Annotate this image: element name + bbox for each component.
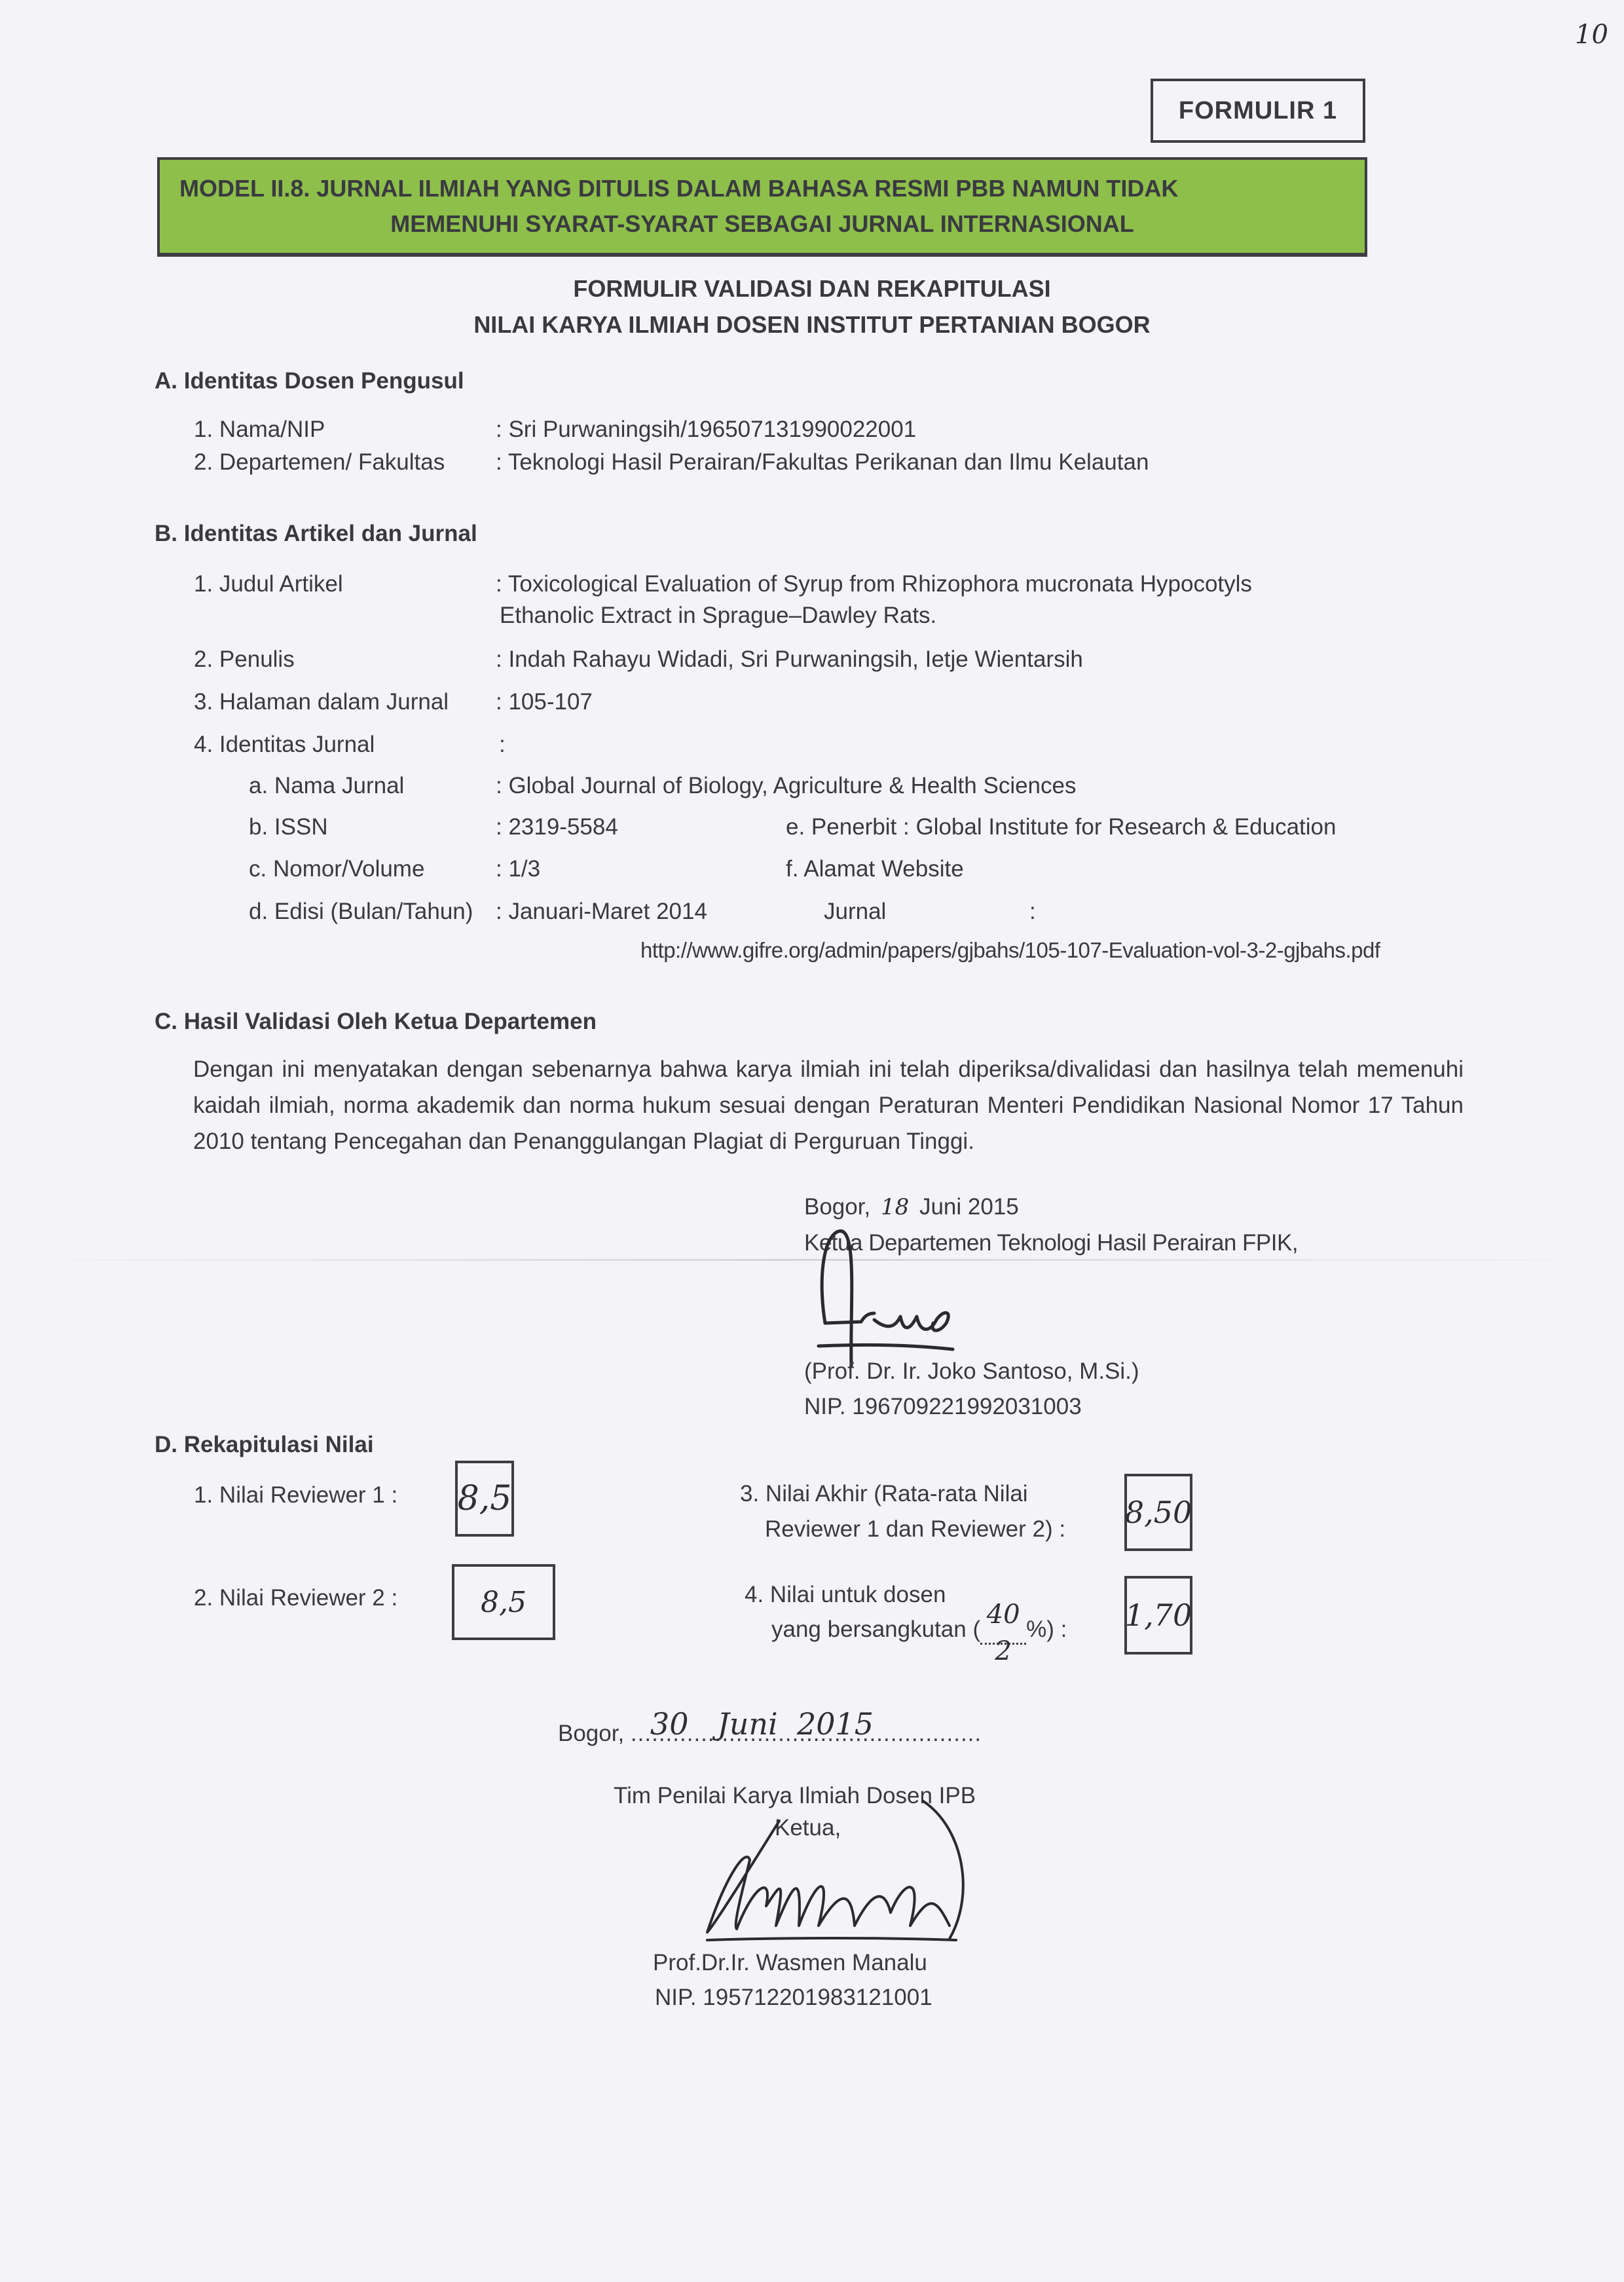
- field-label: 1. Judul Artikel: [194, 571, 343, 597]
- dosen-label-prefix: yang bersangkutan (: [771, 1617, 980, 1642]
- closing-place: Bogor,: [558, 1721, 631, 1746]
- team-head-name: Prof.Dr.Ir. Wasmen Manalu: [653, 1950, 927, 1976]
- dosen-label-suffix: %) :: [1026, 1617, 1067, 1642]
- model-banner-line2: MEMENUHI SYARAT-SYARAT SEBAGAI JURNAL IN…: [390, 206, 1134, 242]
- reviewer1-label: 1. Nilai Reviewer 1 :: [194, 1482, 397, 1508]
- field-alamat-website-label: f. Alamat Website: [786, 856, 964, 882]
- section-a-heading: A. Identitas Dosen Pengusul: [155, 368, 464, 394]
- closing-date-line: Bogor, .................................…: [558, 1721, 982, 1747]
- field-value: : Indah Rahayu Widadi, Sri Purwaningsih,…: [496, 646, 1083, 673]
- form-label-box: FORMULIR 1: [1151, 79, 1365, 143]
- percent-fraction: 402: [980, 1617, 1026, 1645]
- field-jurnal-label: Jurnal: [824, 899, 886, 925]
- reviewer2-label: 2. Nilai Reviewer 2 :: [194, 1585, 397, 1611]
- field-label: d. Edisi (Bulan/Tahun): [249, 899, 473, 925]
- field-value: : Januari-Maret 2014: [496, 899, 707, 925]
- field-penerbit: e. Penerbit : Global Institute for Resea…: [786, 814, 1336, 840]
- field-value: : 2319-5584: [496, 814, 618, 840]
- field-value: : Teknologi Hasil Perairan/Fakultas Peri…: [496, 449, 1149, 476]
- field-label: 2. Penulis: [194, 646, 295, 673]
- final-score-label-line2: Reviewer 1 dan Reviewer 2) :: [765, 1516, 1065, 1543]
- reviewer2-score-box: 8,5: [452, 1564, 555, 1640]
- validation-statement: Dengan ini menyatakan dengan sebenarnya …: [193, 1051, 1464, 1159]
- field-label: 3. Halaman dalam Jurnal: [194, 689, 449, 715]
- dosen-score-label-line2: yang bersangkutan (402 %) :: [771, 1617, 1067, 1645]
- dept-head-name: (Prof. Dr. Ir. Joko Santoso, M.Si.): [804, 1358, 1139, 1385]
- field-value: : Global Journal of Biology, Agriculture…: [496, 773, 1076, 799]
- dept-head-nip: NIP. 196709221992031003: [804, 1394, 1082, 1420]
- handwritten-page-number: 10: [1575, 20, 1608, 50]
- field-label: 2. Departemen/ Fakultas: [194, 449, 445, 476]
- field-jurnal-colon: :: [1029, 899, 1036, 925]
- team-head-signature: [688, 1795, 1002, 1952]
- percent-numerator: 40: [980, 1599, 1026, 1630]
- field-label: c. Nomor/Volume: [249, 856, 424, 882]
- dept-head-signature: [812, 1225, 1008, 1375]
- field-value: : 105-107: [496, 689, 593, 715]
- form-title-line1: FORMULIR VALIDASI DAN REKAPITULASI: [0, 275, 1624, 303]
- final-score-label-line1: 3. Nilai Akhir (Rata-rata Nilai: [740, 1481, 1028, 1507]
- closing-date-handwritten: 30 Juni 2015: [650, 1706, 874, 1742]
- section-c-heading: C. Hasil Validasi Oleh Ketua Departemen: [155, 1009, 597, 1035]
- model-banner: MODEL II.8. JURNAL ILMIAH YANG DITULIS D…: [157, 157, 1367, 257]
- field-label: b. ISSN: [249, 814, 328, 840]
- reviewer1-score-box: 8,5: [455, 1461, 514, 1537]
- field-value: : Sri Purwaningsih/196507131990022001: [496, 417, 916, 443]
- closing-date-field: ........................................…: [631, 1721, 982, 1747]
- field-label: 1. Nama/NIP: [194, 417, 325, 443]
- field-judul-artikel-cont: Ethanolic Extract in Sprague–Dawley Rats…: [500, 603, 936, 629]
- final-score-box: 8,50: [1124, 1474, 1192, 1551]
- team-head-nip: NIP. 195712201983121001: [655, 1985, 932, 2011]
- percent-denominator: 2: [980, 1636, 1026, 1666]
- field-value: :: [499, 732, 506, 758]
- dosen-score-label-line1: 4. Nilai untuk dosen: [745, 1582, 946, 1608]
- date-place: Bogor,: [804, 1194, 870, 1220]
- dosen-score-box: 1,70: [1124, 1576, 1192, 1655]
- date-day-handwritten: 18: [881, 1194, 909, 1220]
- field-value: : 1/3: [496, 856, 540, 882]
- field-label: a. Nama Jurnal: [249, 773, 404, 799]
- dept-signature-date: Bogor, 18 Juni 2015: [804, 1194, 1019, 1220]
- form-title-line2: NILAI KARYA ILMIAH DOSEN INSTITUT PERTAN…: [0, 311, 1624, 339]
- form-label: FORMULIR 1: [1179, 97, 1337, 125]
- reviewer1-score: 8,5: [458, 1479, 512, 1518]
- section-b-heading: B. Identitas Artikel dan Jurnal: [155, 521, 477, 547]
- reviewer2-score: 8,5: [481, 1586, 526, 1619]
- final-score: 8,50: [1125, 1495, 1192, 1530]
- model-banner-line1: MODEL II.8. JURNAL ILMIAH YANG DITULIS D…: [179, 171, 1178, 206]
- section-d-heading: D. Rekapitulasi Nilai: [155, 1432, 374, 1458]
- field-value: : Toxicological Evaluation of Syrup from…: [496, 571, 1252, 597]
- field-label: 4. Identitas Jurnal: [194, 732, 375, 758]
- dosen-score: 1,70: [1125, 1598, 1192, 1633]
- journal-website-url[interactable]: http://www.gifre.org/admin/papers/gjbahs…: [640, 938, 1380, 963]
- date-rest: Juni 2015: [919, 1194, 1019, 1220]
